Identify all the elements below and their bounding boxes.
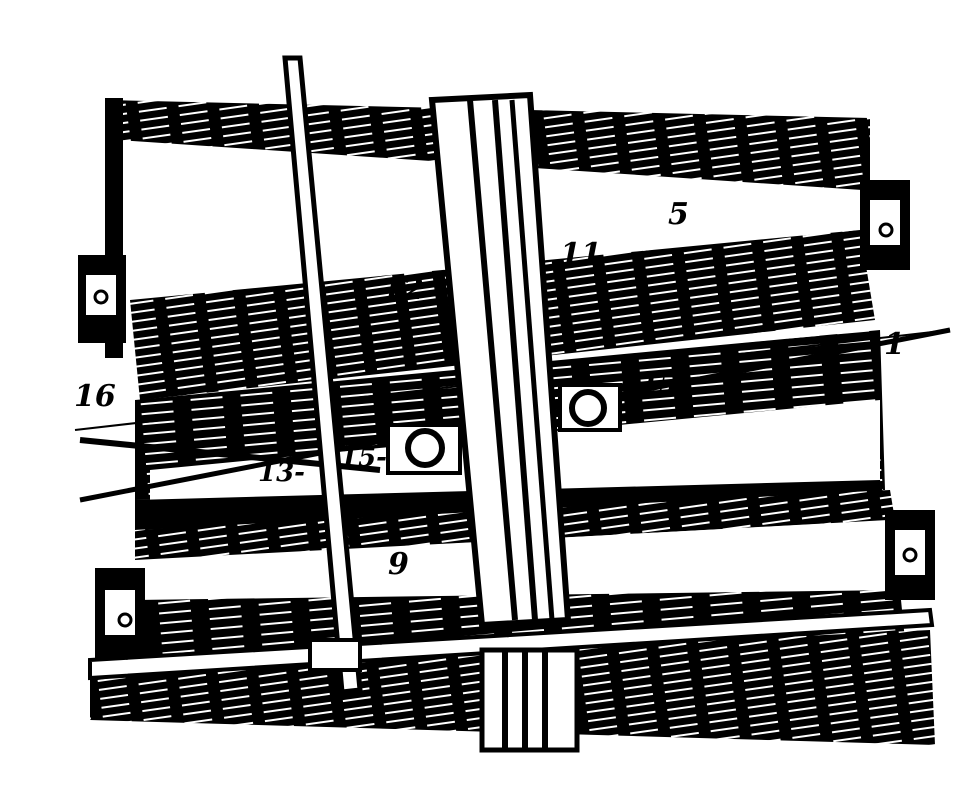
label-13: 13- bbox=[258, 460, 305, 486]
label-16: 16 bbox=[74, 382, 116, 412]
label-15-left: 15- bbox=[340, 445, 387, 471]
label-9: 9 bbox=[388, 550, 409, 580]
label-1: 1 bbox=[884, 330, 905, 360]
drawing-canvas bbox=[0, 0, 968, 786]
label-15-right: -15 bbox=[630, 372, 677, 398]
patent-drawing: 5 11 12 1 16 13- 15- -15 9 bbox=[0, 0, 968, 786]
label-12: 12 bbox=[382, 275, 424, 305]
label-11: 11 bbox=[560, 240, 602, 270]
label-5: 5 bbox=[668, 200, 689, 230]
